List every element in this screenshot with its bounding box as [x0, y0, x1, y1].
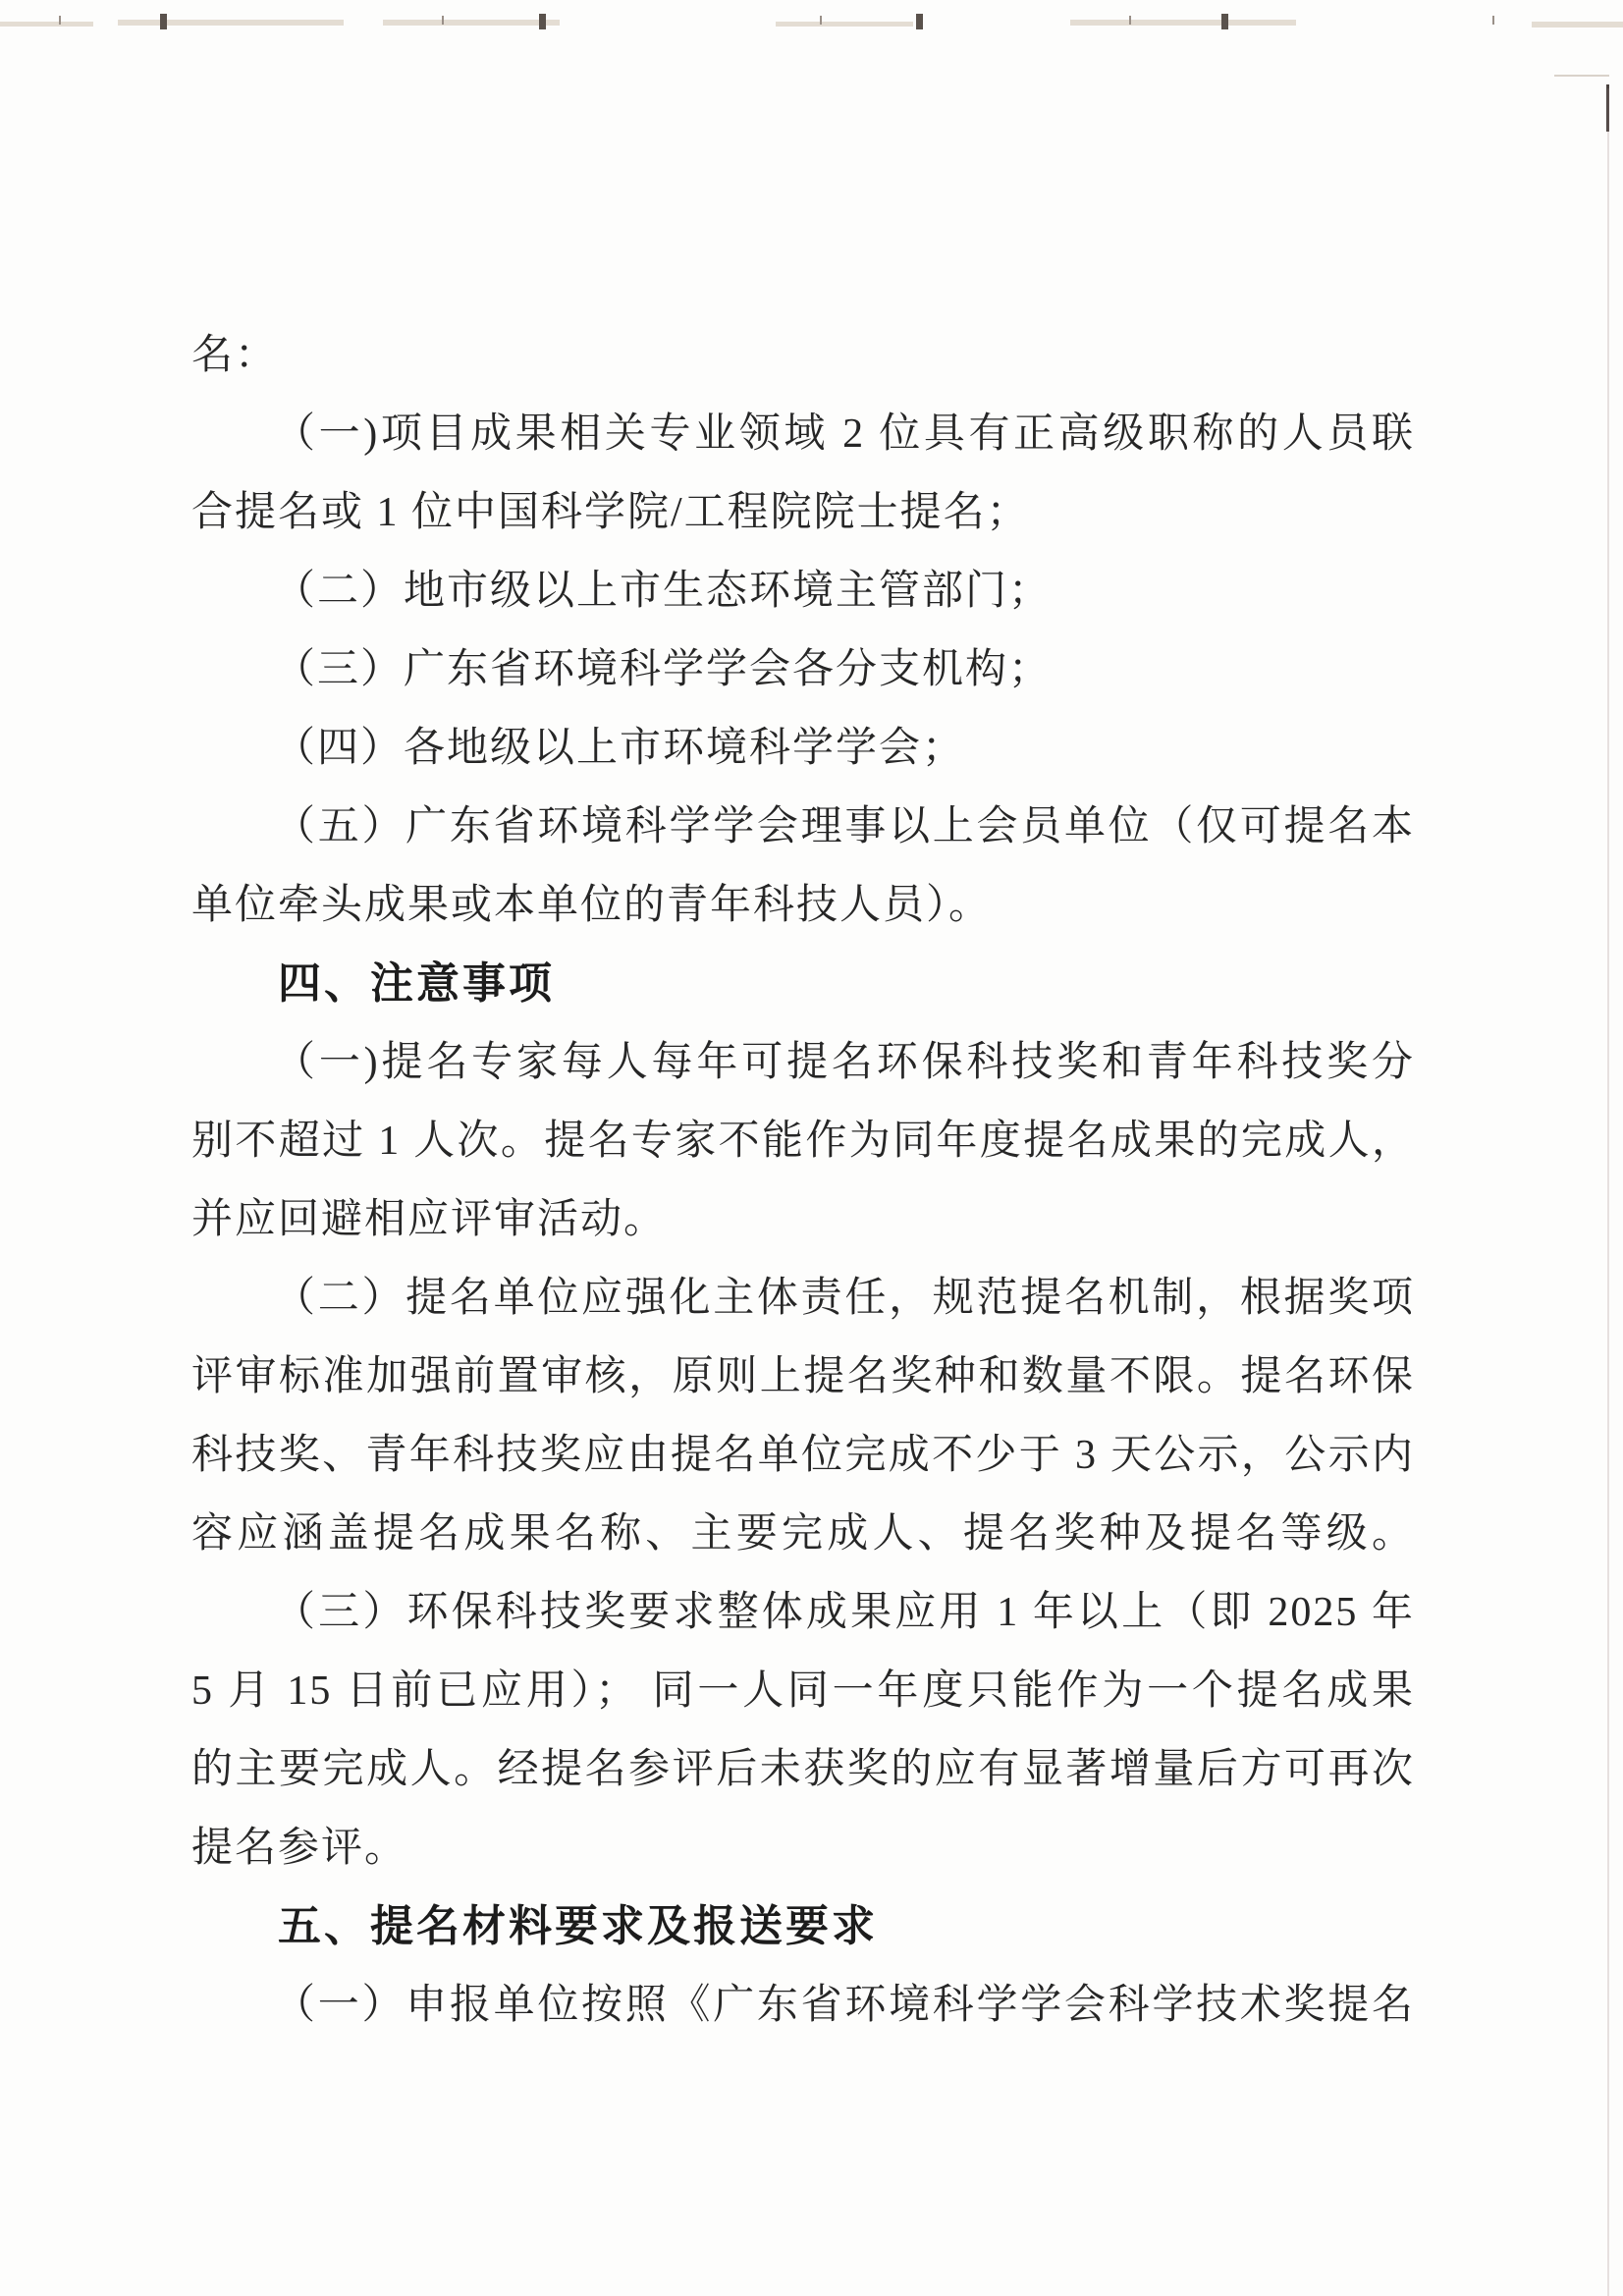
document-body: 名： （一)项目成果相关专业领域 2 位具有正高级职称的人员联 合提名或 1 位… — [191, 316, 1415, 2045]
scan-artifact — [383, 20, 560, 26]
document-line: （三）环保科技奖要求整体成果应用 1 年以上（即 2025 年 — [191, 1573, 1415, 1652]
scan-artifact — [118, 20, 344, 26]
document-line: 别不超过 1 人次。提名专家不能作为同年度提名成果的完成人， — [191, 1102, 1415, 1180]
scan-artifact — [442, 16, 444, 25]
document-line: 评审标准加强前置审核，原则上提名奖种和数量不限。提名环保 — [191, 1338, 1415, 1416]
document-line: （一)项目成果相关专业领域 2 位具有正高级职称的人员联 — [191, 395, 1415, 473]
document-line: （五）广东省环境科学学会理事以上会员单位（仅可提名本 — [191, 788, 1415, 866]
scan-artifact — [59, 16, 61, 25]
scan-artifact — [1532, 22, 1623, 27]
document-line: 名： — [191, 316, 1415, 395]
scanned-document-page: 名： （一)项目成果相关专业领域 2 位具有正高级职称的人员联 合提名或 1 位… — [0, 0, 1623, 2296]
scan-artifact — [1221, 14, 1228, 29]
document-line: 单位牵头成果或本单位的青年科技人员）。 — [191, 866, 1415, 945]
document-line: （二）提名单位应强化主体责任，规范提名机制，根据奖项 — [191, 1259, 1415, 1338]
scan-artifact — [1070, 20, 1296, 26]
document-line: （一）申报单位按照《广东省环境科学学会科学技术奖提名 — [191, 1966, 1415, 2045]
document-line: （一)提名专家每人每年可提名环保科技奖和青年科技奖分 — [191, 1023, 1415, 1102]
document-line: 容应涵盖提名成果名称、主要完成人、提名奖种及提名等级。 — [191, 1495, 1415, 1573]
document-line: 并应回避相应评审活动。 — [191, 1180, 1415, 1259]
scan-artifact — [1492, 16, 1494, 25]
scan-artifact — [0, 22, 93, 27]
document-line: （四）各地级以上市环境科学学会； — [191, 709, 1415, 788]
scan-artifact — [539, 14, 546, 29]
document-line: （三）广东省环境科学学会各分支机构； — [191, 630, 1415, 709]
scan-artifact — [776, 22, 913, 27]
scan-artifact — [1554, 75, 1609, 77]
section-heading: 五、提名材料要求及报送要求 — [191, 1887, 1415, 1966]
scan-artifact — [820, 16, 822, 25]
document-line: 提名参评。 — [191, 1809, 1415, 1887]
scan-artifact — [160, 14, 167, 29]
document-line: 的主要完成人。经提名参评后未获奖的应有显著增量后方可再次 — [191, 1730, 1415, 1809]
document-line: 科技奖、青年科技奖应由提名单位完成不少于 3 天公示，公示内 — [191, 1416, 1415, 1495]
document-line: 5 月 15 日前已应用）； 同一人同一年度只能作为一个提名成果 — [191, 1652, 1415, 1730]
scan-artifact — [1607, 88, 1609, 2296]
scan-artifact — [1129, 16, 1131, 25]
scan-artifact — [916, 14, 923, 29]
section-heading: 四、注意事项 — [191, 945, 1415, 1023]
document-line: 合提名或 1 位中国科学院/工程院院士提名； — [191, 473, 1415, 552]
document-line: （二）地市级以上市生态环境主管部门； — [191, 552, 1415, 630]
